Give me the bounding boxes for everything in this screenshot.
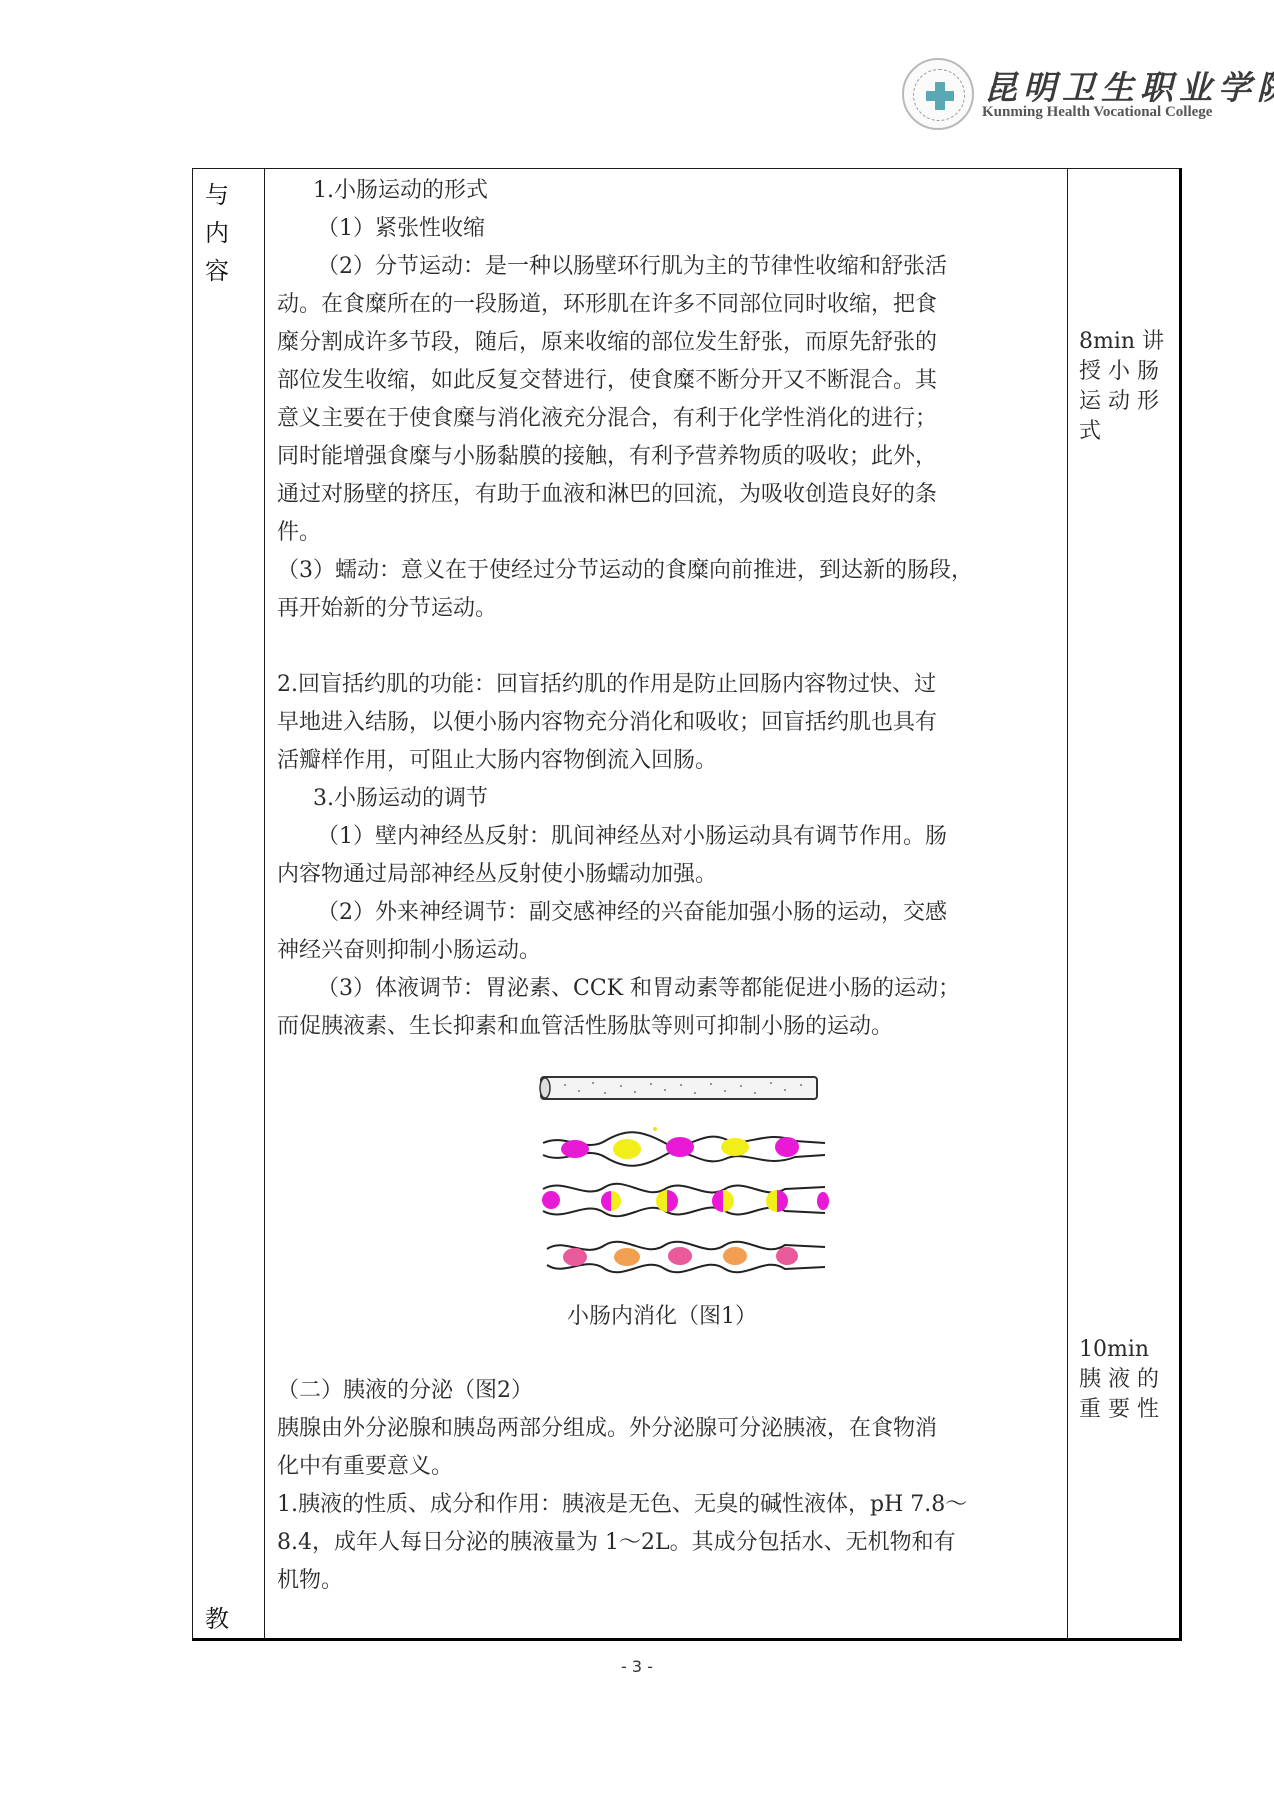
figure-caption: 小肠内消化（图1） [567, 1299, 757, 1330]
text-line: 神经兴奋则抑制小肠运动。 [277, 937, 541, 965]
note-line: 运 动 形 [1079, 387, 1159, 417]
text-line: 胰腺由外分泌腺和胰岛两部分组成。外分泌腺可分泌胰液，在食物消 [277, 1415, 937, 1443]
text-line: 机物。 [277, 1567, 343, 1595]
text-line: 活瓣样作用，可阻止大肠内容物倒流入回肠。 [277, 747, 717, 775]
heading-line: 2.回盲括约肌的功能：回盲括约肌的作用是防止回肠内容物过快、过 [277, 671, 936, 699]
column-divider-2 [1067, 169, 1068, 1638]
text-line: （1）紧张性收缩 [317, 215, 485, 243]
heading-line: （二）胰液的分泌（图2） [277, 1377, 533, 1405]
text-line: 同时能增强食糜与小肠黏膜的接触，有利予营养物质的吸收；此外， [277, 443, 937, 471]
section-label-char: 教 [205, 1599, 229, 1634]
column-divider-1 [264, 169, 265, 1638]
lesson-plan-table: 与 内 容 教 1.小肠运动的形式 （1）紧张性收缩 （2）分节运动：是一种以肠… [192, 168, 1182, 1641]
page-number: - 3 - [0, 1657, 1274, 1676]
heading-line: 3.小肠运动的调节 [313, 785, 488, 813]
college-name-en: Kunming Health Vocational College [982, 104, 1212, 121]
text-line: （3）蠕动：意义在于使经过分节运动的食糜向前推进，到达新的肠段， [277, 557, 973, 585]
college-name-cn: 昆明卫生职业学院 [984, 62, 1274, 109]
text-line: 内容物通过局部神经丛反射使小肠蠕动加强。 [277, 861, 717, 889]
text-line: （2）分节运动：是一种以肠壁环行肌为主的节律性收缩和舒张活 [317, 253, 947, 281]
note-line: 式 [1079, 417, 1101, 447]
text-line: 糜分割成许多节段，随后，原来收缩的部位发生舒张，而原先舒张的 [277, 329, 937, 357]
note-line: 授 小 肠 [1079, 357, 1159, 387]
note-line: 重 要 性 [1079, 1395, 1159, 1425]
text-line: 而促胰液素、生长抑素和血管活性肠肽等则可抑制小肠的运动。 [277, 1013, 893, 1041]
text-line: 化中有重要意义。 [277, 1453, 453, 1481]
text-line: 动。在食糜所在的一段肠道，环形肌在许多不同部位同时收缩，把食 [277, 291, 937, 319]
note-line: 胰 液 的 [1079, 1365, 1159, 1395]
note-line: 10min [1079, 1335, 1149, 1365]
college-logo: 昆明卫生职业学院 Kunming Health Vocational Colle… [902, 58, 1222, 134]
section-label-char: 与 [205, 175, 229, 210]
college-emblem-icon [902, 58, 974, 130]
text-line: 早地进入结肠，以便小肠内容物充分消化和吸收；回盲括约肌也具有 [277, 709, 937, 737]
note-line: 8min 讲 [1079, 327, 1164, 357]
text-line: （3）体液调节：胃泌素、CCK 和胃动素等都能促进小肠的运动； [317, 975, 960, 1003]
section-label-char: 容 [205, 251, 229, 286]
text-line: 再开始新的分节运动。 [277, 595, 497, 623]
text-line: （1）壁内神经丛反射：肌间神经丛对小肠运动具有调节作用。肠 [317, 823, 947, 851]
text-line: 1.胰液的性质、成分和作用：胰液是无色、无臭的碱性液体，pH 7.8～ [277, 1491, 967, 1519]
text-line: （2）外来神经调节：副交感神经的兴奋能加强小肠的运动，交感 [317, 899, 947, 927]
text-line: 部位发生收缩，如此反复交替进行，使食糜不断分开又不断混合。其 [277, 367, 937, 395]
section-label-char: 内 [205, 213, 229, 248]
text-line: 意义主要在于使食糜与消化液充分混合，有利于化学性消化的进行； [277, 405, 937, 433]
small-intestine-segmentation-diagram [535, 1071, 835, 1297]
heading-line: 1.小肠运动的形式 [313, 177, 488, 205]
text-line: 通过对肠壁的挤压，有助于血液和淋巴的回流，为吸收创造良好的条 [277, 481, 937, 509]
text-line: 8.4，成年人每日分泌的胰液量为 1～2L。其成分包括水、无机物和有 [277, 1529, 956, 1557]
text-line: 件。 [277, 519, 321, 547]
